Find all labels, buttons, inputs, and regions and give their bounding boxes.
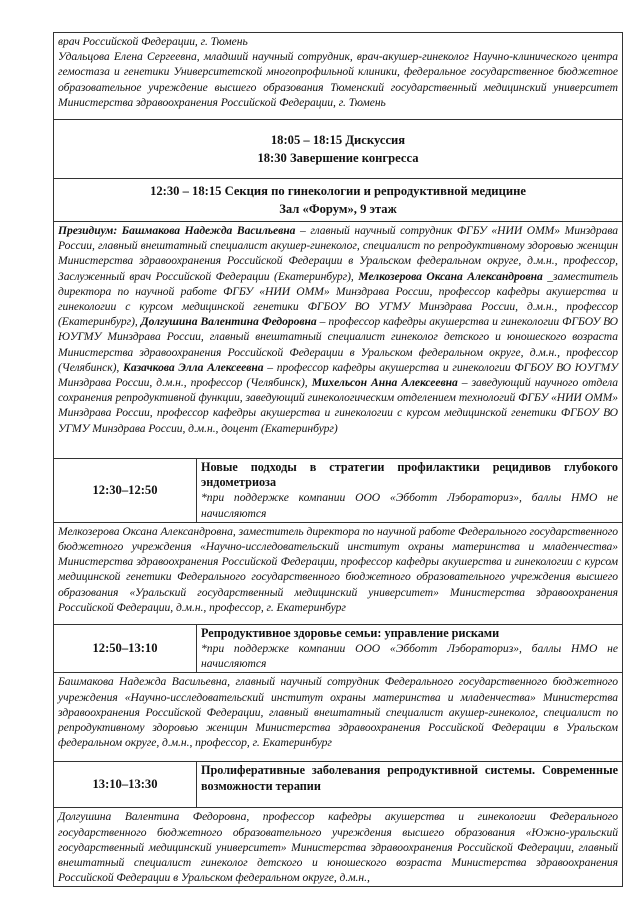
section-title: 12:30 – 18:15 Секция по гинекологии и ре…	[58, 182, 618, 200]
speaker-desc: Долгушина Валентина Федоровна, профессор…	[54, 808, 623, 887]
talk-title: Репродуктивное здоровье семьи: управлени…	[201, 626, 618, 641]
presidium-member-name: Михельсон Анна Алексеевна	[312, 376, 458, 389]
previous-speaker-tail: врач Российской Федерации, г. Тюмень	[58, 34, 618, 49]
presidium-member-name: Башмакова Надежда Васильевна	[122, 224, 296, 237]
speaker-row: Мелкозерова Оксана Александровна, замест…	[54, 522, 623, 624]
talk-title: Пролиферативные заболевания репродуктивн…	[201, 763, 618, 793]
presidium-label: Президиум:	[58, 224, 117, 237]
program-page: врач Российской Федерации, г. Тюмень Уда…	[53, 32, 622, 887]
talk-row: 12:50–13:10 Репродуктивное здоровье семь…	[54, 624, 623, 673]
discussion-time: 18:05 – 18:15 Дискуссия	[58, 131, 618, 149]
presidium-row: Президиум: Башмакова Надежда Васильевна …	[54, 222, 623, 459]
program-table: врач Российской Федерации, г. Тюмень Уда…	[53, 32, 623, 887]
section-header-row: 12:30 – 18:15 Секция по гинекологии и ре…	[54, 179, 623, 222]
section-hall: Зал «Форум», 9 этаж	[58, 200, 618, 218]
talk-time: 13:10–13:30	[54, 762, 197, 808]
speaker-row: Башмакова Надежда Васильевна, главный на…	[54, 673, 623, 762]
talk-row: 13:10–13:30 Пролиферативные заболевания …	[54, 762, 623, 808]
talk-time: 12:30–12:50	[54, 459, 197, 523]
speaker-row: Долгушина Валентина Федоровна, профессор…	[54, 808, 623, 887]
congress-closing: 18:30 Завершение конгресса	[58, 149, 618, 167]
talk-time: 12:50–13:10	[54, 624, 197, 673]
talk-title: Новые подходы в стратегии профилактики р…	[201, 460, 618, 490]
talk-sponsor-note: *при поддержке компании ООО «Эбботт Лэбо…	[201, 490, 618, 520]
presidium-member-name: Мелкозерова Оксана Александровна	[358, 270, 542, 283]
speaker-desc: Мелкозерова Оксана Александровна, замест…	[54, 522, 623, 624]
previous-speaker-desc: Удальцова Елена Сергеевна, младший научн…	[58, 49, 618, 110]
speaker-desc: Башмакова Надежда Васильевна, главный на…	[54, 673, 623, 762]
talk-row: 12:30–12:50 Новые подходы в стратегии пр…	[54, 459, 623, 523]
presidium-member-name: Казачкова Элла Алексеевна	[123, 361, 264, 374]
talk-sponsor-note: *при поддержке компании ООО «Эбботт Лэбо…	[201, 641, 618, 671]
presidium-member-name: Долгушина Валентина Федоровна	[141, 315, 317, 328]
previous-speaker-row: врач Российской Федерации, г. Тюмень Уда…	[54, 33, 623, 120]
closing-row: 18:05 – 18:15 Дискуссия 18:30 Завершение…	[54, 120, 623, 179]
